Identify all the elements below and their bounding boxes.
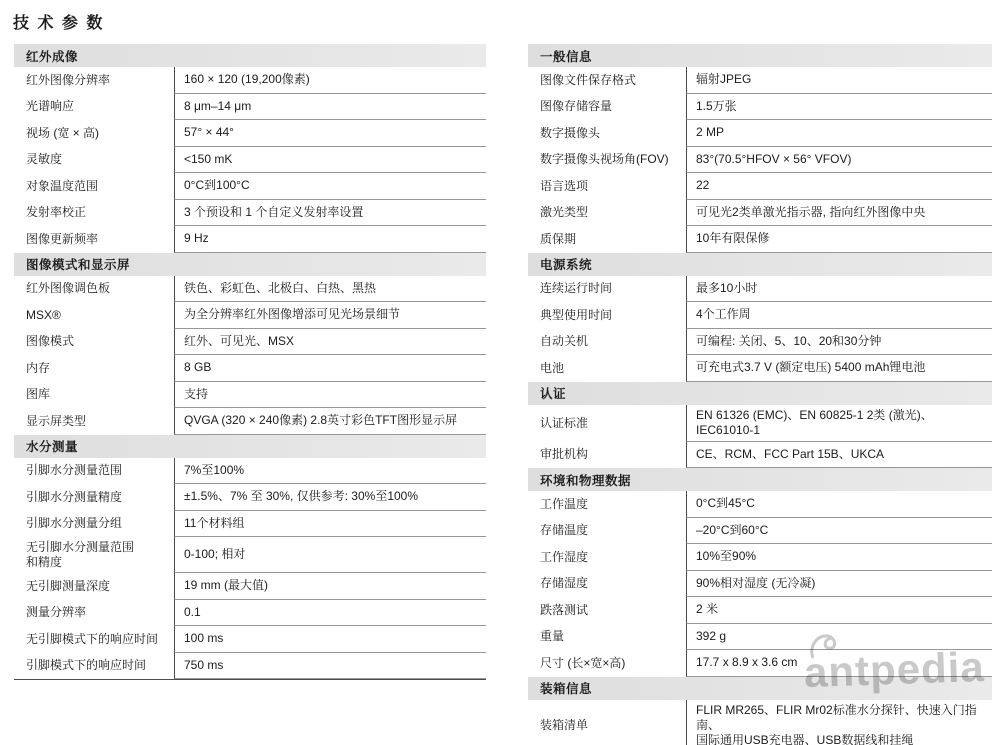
spec-row: 装箱清单FLIR MR265、FLIR Mr02标准水分探针、快速入门指南、 国… bbox=[528, 700, 992, 745]
spec-value: FLIR MR265、FLIR Mr02标准水分探针、快速入门指南、 国际通用U… bbox=[686, 700, 992, 745]
spec-label: 内存 bbox=[14, 355, 174, 382]
spec-label: 红外图像分辨率 bbox=[14, 67, 174, 94]
spec-row: 对象温度范围0°C到100°C bbox=[14, 173, 486, 200]
spec-value: 红外、可见光、MSX bbox=[174, 329, 486, 356]
spec-section: 红外成像红外图像分辨率160 × 120 (19,200像素)光谱响应8 μm–… bbox=[14, 44, 486, 253]
section-header: 水分测量 bbox=[14, 435, 486, 458]
spec-label: 无引脚模式下的响应时间 bbox=[14, 626, 174, 653]
spec-section: 认证认证标准EN 61326 (EMC)、EN 60825-1 2类 (激光)、… bbox=[528, 382, 992, 469]
spec-row: 跌落测试2 米 bbox=[528, 597, 992, 624]
spec-row: 引脚模式下的响应时间750 ms bbox=[14, 653, 486, 680]
spec-label: 装箱清单 bbox=[528, 700, 686, 745]
spec-tables-container: 红外成像红外图像分辨率160 × 120 (19,200像素)光谱响应8 μm–… bbox=[14, 44, 992, 745]
spec-value: 17.7 x 8.9 x 3.6 cm bbox=[686, 650, 992, 677]
spec-row: 显示屏类型QVGA (320 × 240像素) 2.8英寸彩色TFT图形显示屏 bbox=[14, 408, 486, 435]
spec-value: 可充电式3.7 V (额定电压) 5400 mAh锂电池 bbox=[686, 355, 992, 382]
section-header: 认证 bbox=[528, 382, 992, 405]
spec-label: 自动关机 bbox=[528, 329, 686, 356]
spec-label: 尺寸 (长×宽×高) bbox=[528, 650, 686, 677]
spec-row: 存储湿度90%相对湿度 (无冷凝) bbox=[528, 571, 992, 598]
spec-value: 22 bbox=[686, 173, 992, 200]
spec-label: 电池 bbox=[528, 355, 686, 382]
spec-label: 引脚模式下的响应时间 bbox=[14, 653, 174, 680]
spec-value: 2 MP bbox=[686, 120, 992, 147]
spec-label: 图库 bbox=[14, 382, 174, 409]
spec-row: 典型使用时间4个工作周 bbox=[528, 302, 992, 329]
spec-label: 视场 (宽 × 高) bbox=[14, 120, 174, 147]
spec-row: 内存8 GB bbox=[14, 355, 486, 382]
spec-row: 连续运行时间最多10小时 bbox=[528, 276, 992, 303]
spec-label: 连续运行时间 bbox=[528, 276, 686, 303]
spec-label: 存储湿度 bbox=[528, 571, 686, 598]
spec-row: 认证标准EN 61326 (EMC)、EN 60825-1 2类 (激光)、IE… bbox=[528, 405, 992, 442]
spec-value: 铁色、彩虹色、北极白、白热、黑热 bbox=[174, 276, 486, 303]
section-header: 装箱信息 bbox=[528, 677, 992, 700]
spec-label: 审批机构 bbox=[528, 442, 686, 469]
spec-value: 750 ms bbox=[174, 653, 486, 680]
spec-row: 审批机构CE、RCM、FCC Part 15B、UKCA bbox=[528, 442, 992, 469]
spec-value: EN 61326 (EMC)、EN 60825-1 2类 (激光)、IEC610… bbox=[686, 405, 992, 442]
spec-value: 19 mm (最大值) bbox=[174, 573, 486, 600]
spec-row: 电池可充电式3.7 V (额定电压) 5400 mAh锂电池 bbox=[528, 355, 992, 382]
spec-label: 典型使用时间 bbox=[528, 302, 686, 329]
section-header: 一般信息 bbox=[528, 44, 992, 67]
spec-label: 无引脚测量深度 bbox=[14, 573, 174, 600]
spec-label: 红外图像调色板 bbox=[14, 276, 174, 303]
spec-label: 数字摄像头 bbox=[528, 120, 686, 147]
section-header: 电源系统 bbox=[528, 253, 992, 276]
spec-value: 100 ms bbox=[174, 626, 486, 653]
spec-value: QVGA (320 × 240像素) 2.8英寸彩色TFT图形显示屏 bbox=[174, 408, 486, 435]
spec-row: 视场 (宽 × 高)57° × 44° bbox=[14, 120, 486, 147]
spec-row: 存储温度–20°C到60°C bbox=[528, 518, 992, 545]
spec-label: 图像模式 bbox=[14, 329, 174, 356]
spec-value: 160 × 120 (19,200像素) bbox=[174, 67, 486, 94]
spec-label: 图像文件保存格式 bbox=[528, 67, 686, 94]
spec-row: 引脚水分测量精度±1.5%、7% 至 30%, 仅供参考: 30%至100% bbox=[14, 484, 486, 511]
section-header: 红外成像 bbox=[14, 44, 486, 67]
spec-section: 一般信息图像文件保存格式辐射JPEG图像存储容量1.5万张数字摄像头2 MP数字… bbox=[528, 44, 992, 253]
spec-row: 自动关机可编程: 关闭、5、10、20和30分钟 bbox=[528, 329, 992, 356]
spec-row: 图像存储容量1.5万张 bbox=[528, 94, 992, 121]
spec-label: 跌落测试 bbox=[528, 597, 686, 624]
spec-row: 红外图像分辨率160 × 120 (19,200像素) bbox=[14, 67, 486, 94]
spec-value: ±1.5%、7% 至 30%, 仅供参考: 30%至100% bbox=[174, 484, 486, 511]
spec-value: 支持 bbox=[174, 382, 486, 409]
spec-row: 图像更新频率9 Hz bbox=[14, 226, 486, 253]
spec-row: 工作温度0°C到45°C bbox=[528, 491, 992, 518]
spec-label: MSX® bbox=[14, 302, 174, 329]
spec-row: 无引脚测量深度19 mm (最大值) bbox=[14, 573, 486, 600]
spec-row: 重量392 g bbox=[528, 624, 992, 651]
spec-value: 83°(70.5°HFOV × 56° VFOV) bbox=[686, 147, 992, 174]
spec-value: 8 GB bbox=[174, 355, 486, 382]
spec-row: 灵敏度<150 mK bbox=[14, 147, 486, 174]
spec-label: 测量分辨率 bbox=[14, 600, 174, 627]
spec-value: 10%至90% bbox=[686, 544, 992, 571]
spec-value: 辐射JPEG bbox=[686, 67, 992, 94]
spec-row: 质保期10年有限保修 bbox=[528, 226, 992, 253]
spec-label: 对象温度范围 bbox=[14, 173, 174, 200]
spec-value: 4个工作周 bbox=[686, 302, 992, 329]
spec-value: 0-100; 相对 bbox=[174, 537, 486, 573]
spec-value: 7%至100% bbox=[174, 458, 486, 485]
spec-value: 90%相对湿度 (无冷凝) bbox=[686, 571, 992, 598]
spec-row: 激光类型可见光2类单激光指示器, 指向红外图像中央 bbox=[528, 200, 992, 227]
spec-section: 环境和物理数据工作温度0°C到45°C存储温度–20°C到60°C工作湿度10%… bbox=[528, 468, 992, 677]
spec-row: 引脚水分测量分组11个材料组 bbox=[14, 511, 486, 538]
spec-row: 光谱响应8 μm–14 μm bbox=[14, 94, 486, 121]
spec-row: 发射率校正3 个预设和 1 个自定义发射率设置 bbox=[14, 200, 486, 227]
spec-label: 语言选项 bbox=[528, 173, 686, 200]
spec-row: 测量分辨率0.1 bbox=[14, 600, 486, 627]
spec-label: 引脚水分测量精度 bbox=[14, 484, 174, 511]
spec-label: 激光类型 bbox=[528, 200, 686, 227]
spec-row: 尺寸 (长×宽×高)17.7 x 8.9 x 3.6 cm bbox=[528, 650, 992, 677]
spec-row: 工作湿度10%至90% bbox=[528, 544, 992, 571]
spec-label: 工作湿度 bbox=[528, 544, 686, 571]
spec-value: CE、RCM、FCC Part 15B、UKCA bbox=[686, 442, 992, 469]
spec-value: 9 Hz bbox=[174, 226, 486, 253]
spec-row: 图像模式红外、可见光、MSX bbox=[14, 329, 486, 356]
spec-label: 存储温度 bbox=[528, 518, 686, 545]
section-header: 图像模式和显示屏 bbox=[14, 253, 486, 276]
spec-label: 引脚水分测量范围 bbox=[14, 458, 174, 485]
spec-row: MSX®为全分辨率红外图像增添可见光场景细节 bbox=[14, 302, 486, 329]
spec-value: 可见光2类单激光指示器, 指向红外图像中央 bbox=[686, 200, 992, 227]
spec-value: 2 米 bbox=[686, 597, 992, 624]
spec-value: 最多10小时 bbox=[686, 276, 992, 303]
spec-label: 图像存储容量 bbox=[528, 94, 686, 121]
spec-label: 发射率校正 bbox=[14, 200, 174, 227]
spec-value: 11个材料组 bbox=[174, 511, 486, 538]
spec-label: 显示屏类型 bbox=[14, 408, 174, 435]
spec-value: 0.1 bbox=[174, 600, 486, 627]
spec-label: 无引脚水分测量范围 和精度 bbox=[14, 537, 174, 573]
spec-value: 57° × 44° bbox=[174, 120, 486, 147]
spec-value: 392 g bbox=[686, 624, 992, 651]
spec-value: 10年有限保修 bbox=[686, 226, 992, 253]
spec-label: 引脚水分测量分组 bbox=[14, 511, 174, 538]
spec-row: 图库支持 bbox=[14, 382, 486, 409]
spec-label: 数字摄像头视场角(FOV) bbox=[528, 147, 686, 174]
spec-label: 工作温度 bbox=[528, 491, 686, 518]
spec-label: 灵敏度 bbox=[14, 147, 174, 174]
spec-value: 1.5万张 bbox=[686, 94, 992, 121]
spec-value: 0°C到100°C bbox=[174, 173, 486, 200]
spec-section: 电源系统连续运行时间最多10小时典型使用时间4个工作周自动关机可编程: 关闭、5… bbox=[528, 253, 992, 382]
spec-value: 8 μm–14 μm bbox=[174, 94, 486, 121]
spec-row: 语言选项22 bbox=[528, 173, 992, 200]
spec-row: 图像文件保存格式辐射JPEG bbox=[528, 67, 992, 94]
left-spec-column: 红外成像红外图像分辨率160 × 120 (19,200像素)光谱响应8 μm–… bbox=[14, 44, 486, 680]
spec-value: 可编程: 关闭、5、10、20和30分钟 bbox=[686, 329, 992, 356]
spec-label: 质保期 bbox=[528, 226, 686, 253]
spec-row: 红外图像调色板铁色、彩虹色、北极白、白热、黑热 bbox=[14, 276, 486, 303]
spec-row: 数字摄像头2 MP bbox=[528, 120, 992, 147]
spec-row: 无引脚水分测量范围 和精度0-100; 相对 bbox=[14, 537, 486, 573]
spec-value: <150 mK bbox=[174, 147, 486, 174]
right-spec-column: 一般信息图像文件保存格式辐射JPEG图像存储容量1.5万张数字摄像头2 MP数字… bbox=[528, 44, 992, 745]
page-title: 技 术 参 数 bbox=[13, 10, 104, 33]
spec-value: 3 个预设和 1 个自定义发射率设置 bbox=[174, 200, 486, 227]
spec-value: 0°C到45°C bbox=[686, 491, 992, 518]
spec-section: 装箱信息装箱清单FLIR MR265、FLIR Mr02标准水分探针、快速入门指… bbox=[528, 677, 992, 745]
spec-label: 光谱响应 bbox=[14, 94, 174, 121]
spec-value: –20°C到60°C bbox=[686, 518, 992, 545]
spec-label: 认证标准 bbox=[528, 405, 686, 442]
section-header: 环境和物理数据 bbox=[528, 468, 992, 491]
spec-label: 图像更新频率 bbox=[14, 226, 174, 253]
spec-section: 图像模式和显示屏红外图像调色板铁色、彩虹色、北极白、白热、黑热MSX®为全分辨率… bbox=[14, 253, 486, 435]
spec-label: 重量 bbox=[528, 624, 686, 651]
spec-row: 无引脚模式下的响应时间100 ms bbox=[14, 626, 486, 653]
spec-row: 引脚水分测量范围7%至100% bbox=[14, 458, 486, 485]
spec-value: 为全分辨率红外图像增添可见光场景细节 bbox=[174, 302, 486, 329]
spec-section: 水分测量引脚水分测量范围7%至100%引脚水分测量精度±1.5%、7% 至 30… bbox=[14, 435, 486, 680]
spec-row: 数字摄像头视场角(FOV)83°(70.5°HFOV × 56° VFOV) bbox=[528, 147, 992, 174]
